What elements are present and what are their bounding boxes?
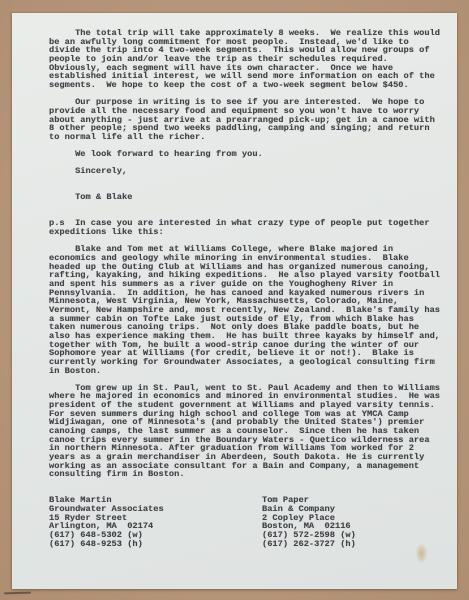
contact-block-blake: Blake Martin Groundwater Associates 15 R… bbox=[49, 496, 262, 548]
paper-stain bbox=[416, 544, 427, 563]
paragraph-purpose: Our purpose in writing is to see if you … bbox=[49, 98, 447, 141]
contact-phone-home: (617) 648-9253 (h) bbox=[49, 540, 262, 549]
ps-intro: p.s In case you are interested in what c… bbox=[49, 219, 447, 236]
paragraph-trip-overview: The total trip will take approximately 8… bbox=[49, 29, 447, 90]
contact-block-tom: Tom Paper Bain & Company 2 Copley Place … bbox=[262, 496, 356, 548]
signoff-line: Sincerely, bbox=[49, 167, 447, 176]
pen-mark bbox=[4, 592, 31, 594]
signature-line: Tom & Blake bbox=[49, 193, 447, 202]
scan-background: The total trip will take approximately 8… bbox=[0, 0, 469, 600]
ps-blake-bio: Blake and Tom met at Williams College, w… bbox=[49, 245, 447, 375]
contact-phone-home: (617) 262-3727 (h) bbox=[262, 540, 356, 549]
paragraph-look-forward: We look forward to hearing from you. bbox=[49, 150, 447, 159]
ps-tom-bio: Tom grew up in St. Paul, went to St. Pau… bbox=[49, 384, 447, 479]
letter-page: The total trip will take approximately 8… bbox=[12, 13, 457, 589]
contact-columns: Blake Martin Groundwater Associates 15 R… bbox=[49, 496, 447, 548]
